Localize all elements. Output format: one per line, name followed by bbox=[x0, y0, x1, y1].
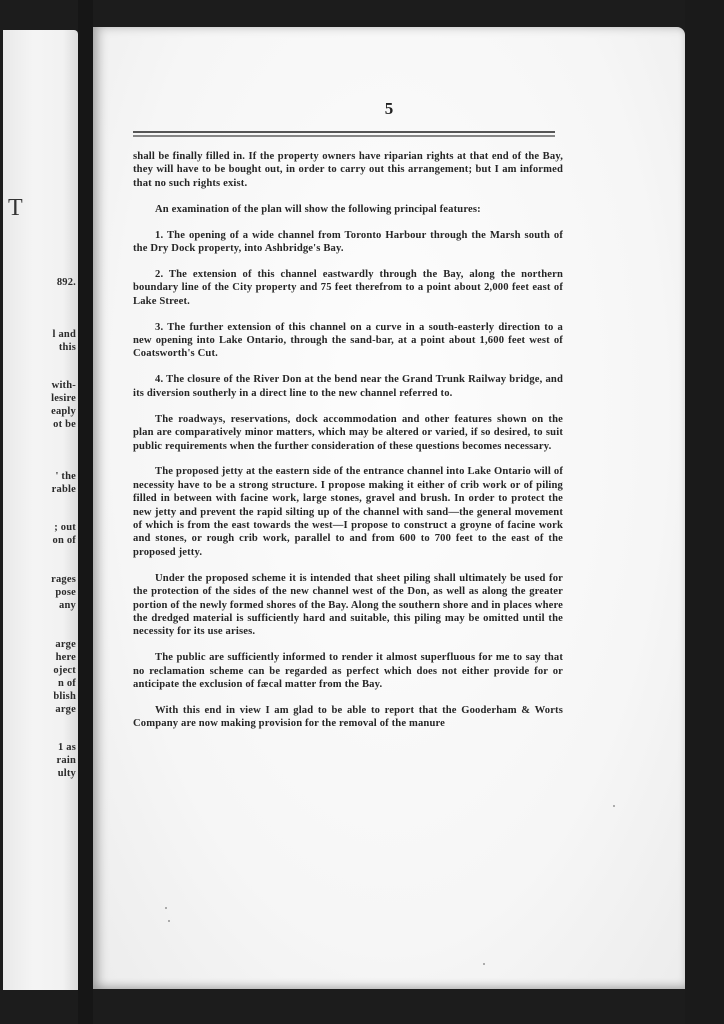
paper-speck bbox=[168, 920, 170, 922]
paragraph-feature-4: 4. The closure of the River Don at the b… bbox=[133, 373, 563, 400]
left-page-text-fragment: ot be bbox=[53, 419, 76, 430]
paragraph: shall be finally filled in. If the prope… bbox=[133, 150, 563, 190]
left-page-text-fragment: 892. bbox=[57, 277, 76, 288]
paragraph: Under the proposed scheme it is intended… bbox=[133, 572, 563, 639]
paragraph: An examination of the plan will show the… bbox=[133, 203, 563, 216]
paragraph: The public are sufficiently informed to … bbox=[133, 651, 563, 691]
left-page-edge: T 892.l andthiswith-lesireeaplyot be' th… bbox=[3, 30, 78, 990]
paper-speck bbox=[483, 963, 485, 965]
left-page-text-fragment: rages bbox=[51, 574, 76, 585]
paragraph: The proposed jetty at the eastern side o… bbox=[133, 465, 563, 559]
left-page-text-fragment: rable bbox=[52, 484, 76, 495]
paper-speck bbox=[613, 805, 615, 807]
left-page-text-fragment: pose bbox=[55, 587, 76, 598]
header-double-rule bbox=[133, 131, 555, 137]
left-page-text-fragment: ulty bbox=[58, 768, 76, 779]
rule-line-top bbox=[133, 131, 555, 133]
paragraph: The roadways, reservations, dock accommo… bbox=[133, 413, 563, 453]
left-page-text-fragment: any bbox=[59, 600, 76, 611]
paper-speck bbox=[165, 907, 167, 909]
left-page-text-fragment: on of bbox=[53, 535, 76, 546]
left-page-text-fragment: l and bbox=[53, 329, 76, 340]
left-page-text-fragment: 1 as bbox=[58, 742, 76, 753]
left-page-text-fragment: arge bbox=[55, 704, 76, 715]
left-page-text-fragment: here bbox=[56, 652, 76, 663]
left-page-heading-fragment: T bbox=[8, 195, 23, 222]
scan-border-right bbox=[685, 0, 724, 1024]
body-text: shall be finally filled in. If the prope… bbox=[133, 150, 563, 743]
left-page-text-fragment: ; out bbox=[54, 522, 76, 533]
book-gutter bbox=[78, 0, 93, 1024]
left-page-text-fragment: with- bbox=[52, 380, 76, 391]
left-page-text-fragment: lesire bbox=[51, 393, 76, 404]
page-number: 5 bbox=[93, 99, 685, 119]
left-page-text-fragment: arge bbox=[55, 639, 76, 650]
document-page: 5 shall be finally filled in. If the pro… bbox=[93, 27, 685, 989]
left-page-text-fragment: blish bbox=[53, 691, 76, 702]
left-page-text-fragment: rain bbox=[57, 755, 76, 766]
paragraph-feature-1: 1. The opening of a wide channel from To… bbox=[133, 229, 563, 256]
rule-line-bottom bbox=[133, 135, 555, 137]
paragraph-feature-3: 3. The further extension of this channel… bbox=[133, 321, 563, 361]
paragraph: With this end in view I am glad to be ab… bbox=[133, 704, 563, 731]
paragraph-feature-2: 2. The extension of this channel eastwar… bbox=[133, 268, 563, 308]
left-page-text-fragment: oject bbox=[53, 665, 76, 676]
left-page-text-fragment: eaply bbox=[51, 406, 76, 417]
left-page-text-fragment: ' the bbox=[55, 471, 76, 482]
left-page-text-fragment: this bbox=[59, 342, 76, 353]
left-page-text-fragment: n of bbox=[58, 678, 76, 689]
